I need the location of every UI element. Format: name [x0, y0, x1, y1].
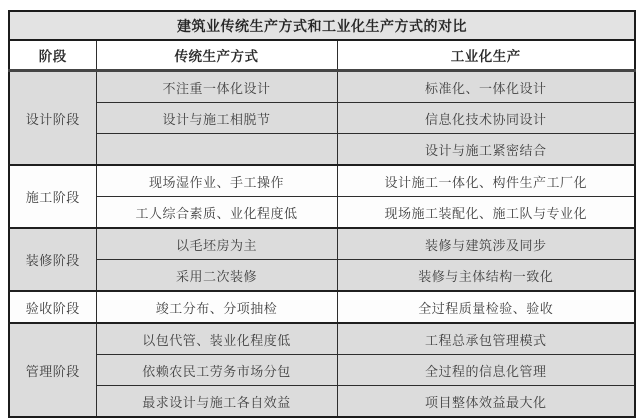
traditional-cell: 竣工分布、分项抽检 — [96, 291, 337, 323]
traditional-cell: 现场湿作业、手工操作 — [96, 165, 337, 197]
table-row: 设计与施工紧密结合 — [9, 134, 635, 166]
table-row: 工人综合素质、业化程度低 现场施工装配化、施工队与专业化 — [9, 197, 635, 229]
traditional-cell: 以毛坯房为主 — [96, 228, 337, 260]
industrial-cell: 工程总承包管理模式 — [337, 323, 635, 355]
header-stage: 阶段 — [9, 40, 96, 71]
industrial-cell: 现场施工装配化、施工队与专业化 — [337, 197, 635, 229]
table-row: 设计与施工相脱节 信息化技术协同设计 — [9, 103, 635, 134]
table-row: 采用二次装修 装修与主体结构一致化 — [9, 260, 635, 292]
industrial-cell: 装修与建筑涉及同步 — [337, 228, 635, 260]
traditional-cell: 工人综合素质、业化程度低 — [96, 197, 337, 229]
page: 建筑业传统生产方式和工业化生产方式的对比 阶段 传统生产方式 工业化生产 设计阶… — [0, 0, 640, 416]
industrial-cell: 标准化、一体化设计 — [337, 71, 635, 103]
stage-cell-management: 管理阶段 — [9, 323, 96, 417]
traditional-cell: 最求设计与施工各自效益 — [96, 386, 337, 418]
traditional-cell: 设计与施工相脱节 — [96, 103, 337, 134]
traditional-cell: 以包代管、装业化程度低 — [96, 323, 337, 355]
traditional-cell: 采用二次装修 — [96, 260, 337, 292]
traditional-cell: 依赖农民工劳务市场分包 — [96, 355, 337, 386]
table-row: 依赖农民工劳务市场分包 全过程的信息化管理 — [9, 355, 635, 386]
industrial-cell: 全过程质量检验、验收 — [337, 291, 635, 323]
stage-cell-construction: 施工阶段 — [9, 165, 96, 228]
industrial-cell: 设计与施工紧密结合 — [337, 134, 635, 166]
comparison-table: 建筑业传统生产方式和工业化生产方式的对比 阶段 传统生产方式 工业化生产 设计阶… — [8, 10, 636, 418]
table-row: 建筑业传统生产方式和工业化生产方式的对比 — [9, 11, 635, 40]
table-row: 设计阶段 不注重一体化设计 标准化、一体化设计 — [9, 71, 635, 103]
table-row: 管理阶段 以包代管、装业化程度低 工程总承包管理模式 — [9, 323, 635, 355]
table-row: 验收阶段 竣工分布、分项抽检 全过程质量检验、验收 — [9, 291, 635, 323]
industrial-cell: 装修与主体结构一致化 — [337, 260, 635, 292]
table-row: 最求设计与施工各自效益 项目整体效益最大化 — [9, 386, 635, 418]
stage-cell-decoration: 装修阶段 — [9, 228, 96, 291]
industrial-cell: 设计施工一体化、构件生产工厂化 — [337, 165, 635, 197]
stage-cell-design: 设计阶段 — [9, 71, 96, 166]
table-header-row: 阶段 传统生产方式 工业化生产 — [9, 40, 635, 71]
header-traditional: 传统生产方式 — [96, 40, 337, 71]
industrial-cell: 全过程的信息化管理 — [337, 355, 635, 386]
industrial-cell: 信息化技术协同设计 — [337, 103, 635, 134]
traditional-cell — [96, 134, 337, 166]
header-industrial: 工业化生产 — [337, 40, 635, 71]
table-title: 建筑业传统生产方式和工业化生产方式的对比 — [9, 11, 635, 40]
traditional-cell: 不注重一体化设计 — [96, 71, 337, 103]
industrial-cell: 项目整体效益最大化 — [337, 386, 635, 418]
stage-cell-acceptance: 验收阶段 — [9, 291, 96, 323]
table-row: 装修阶段 以毛坯房为主 装修与建筑涉及同步 — [9, 228, 635, 260]
table-row: 施工阶段 现场湿作业、手工操作 设计施工一体化、构件生产工厂化 — [9, 165, 635, 197]
